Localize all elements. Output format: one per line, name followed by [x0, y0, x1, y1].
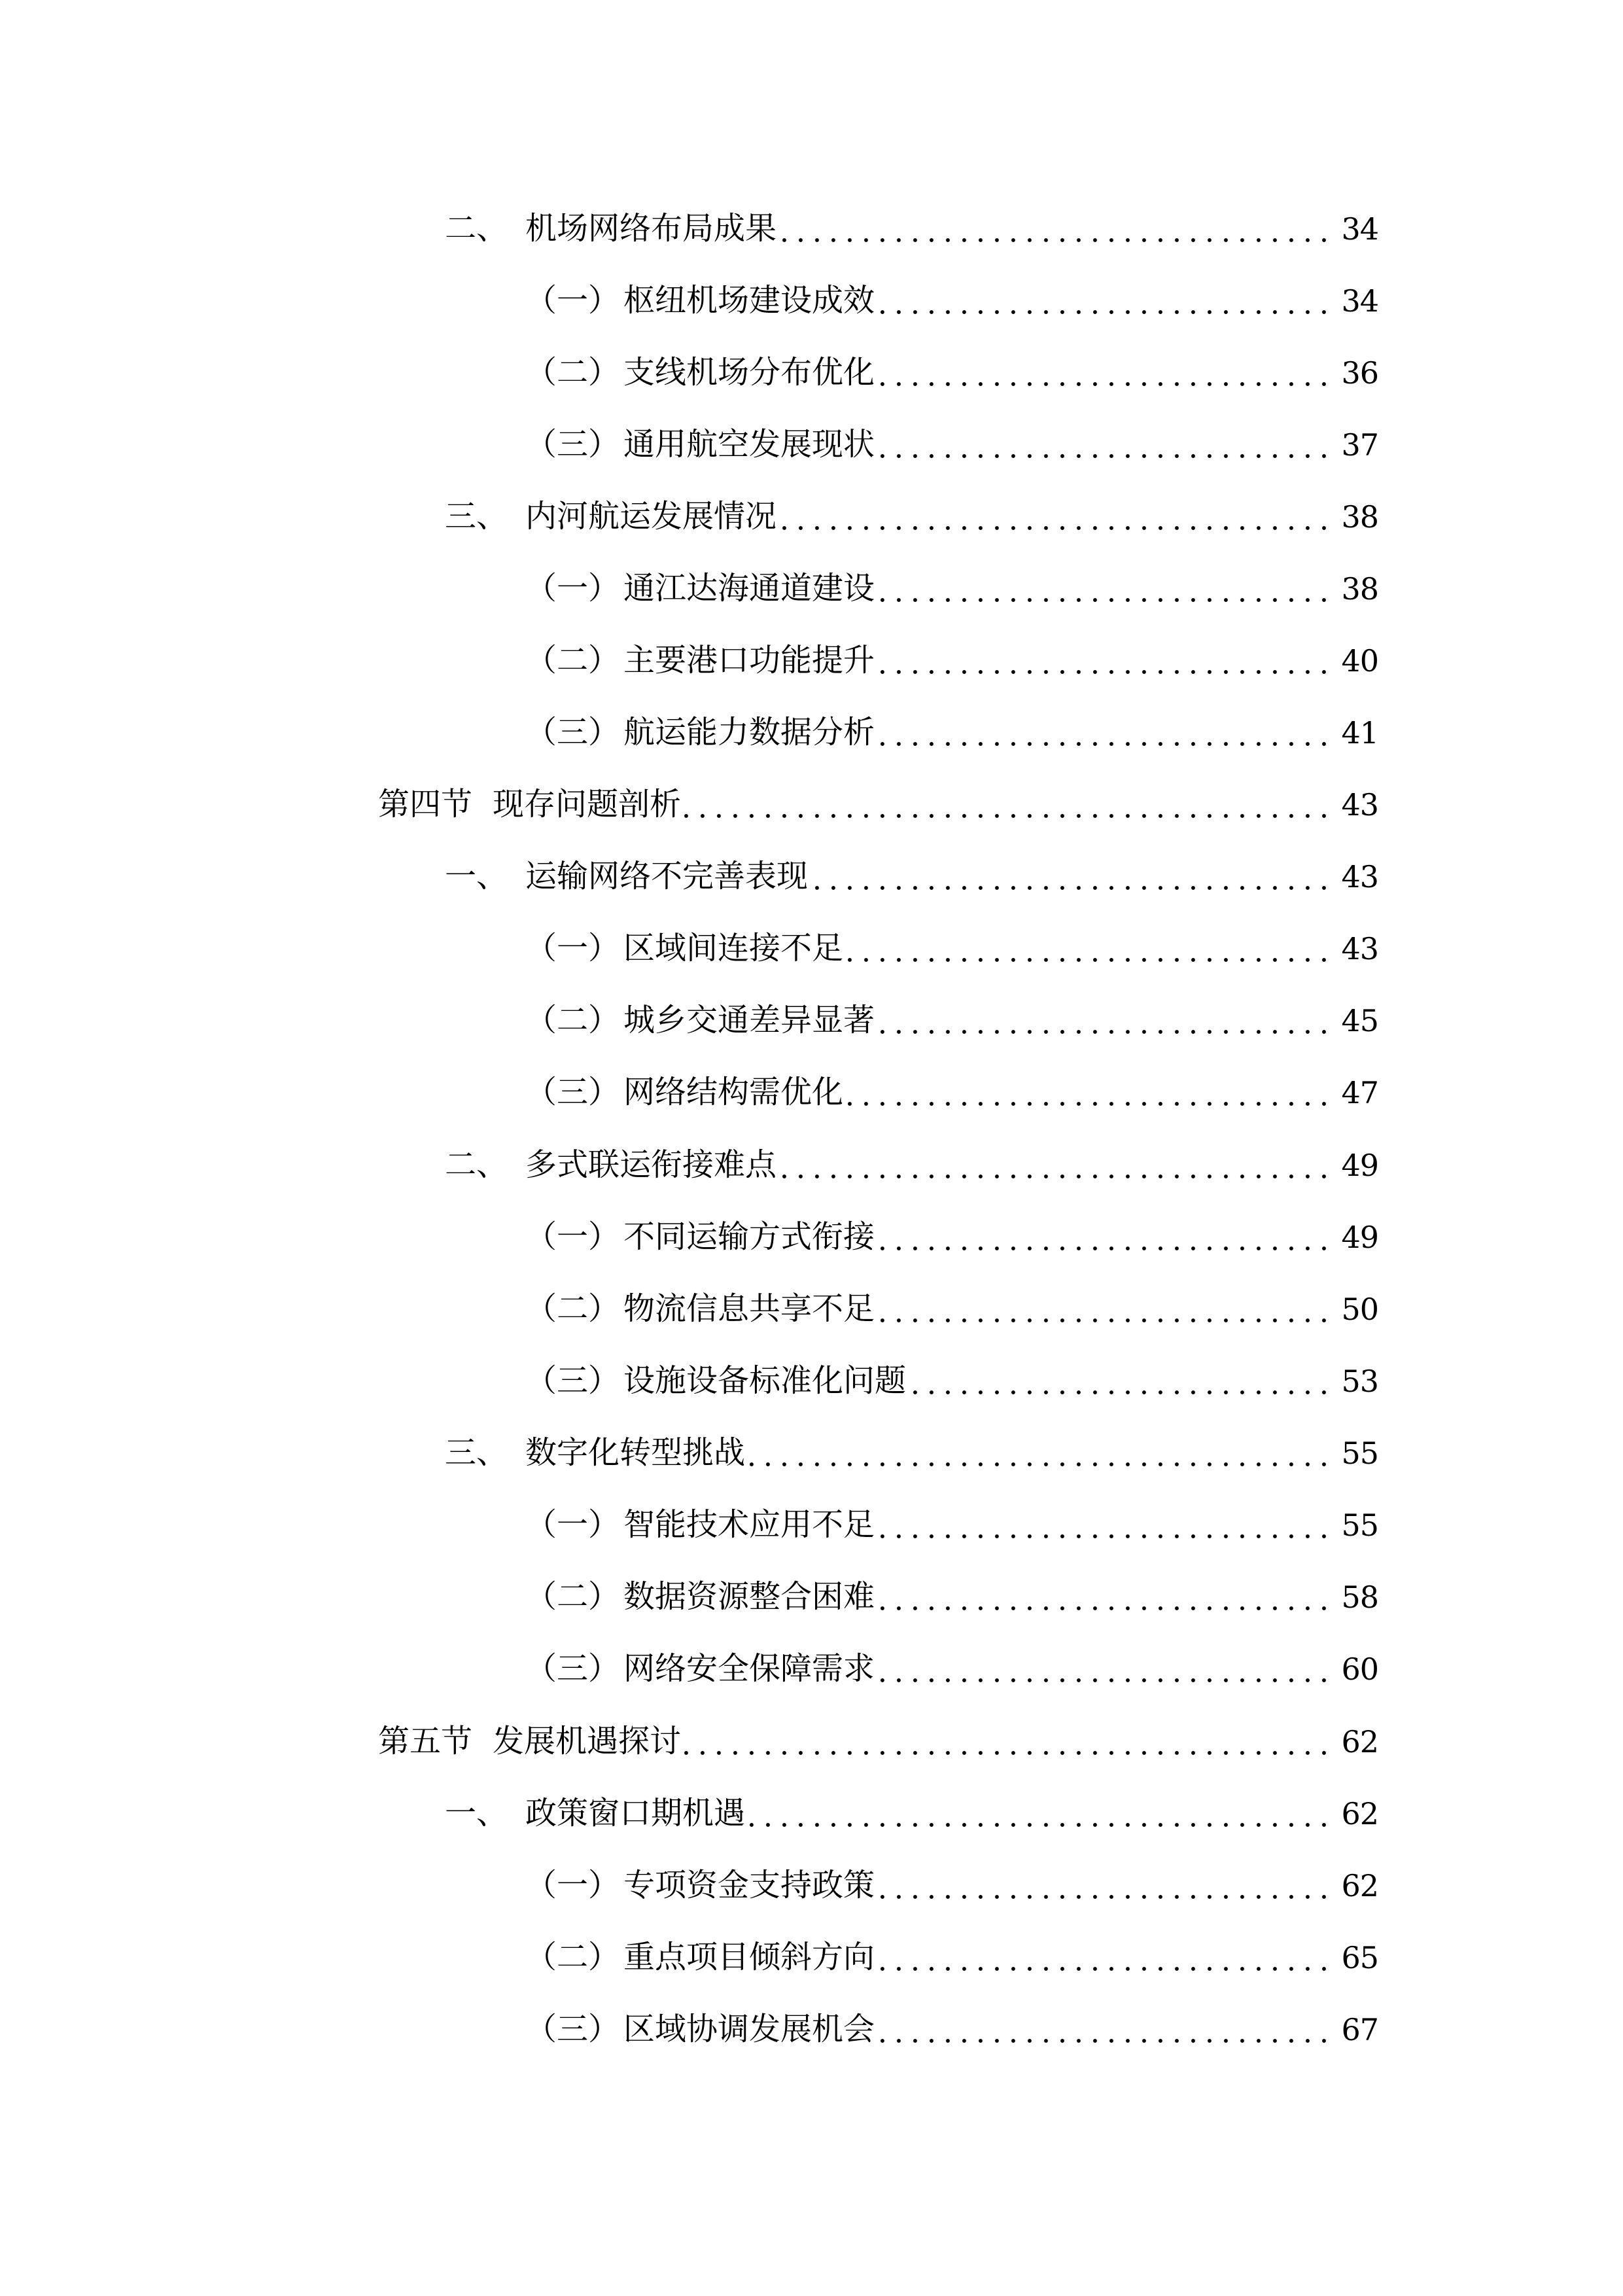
entry-number: （三）: [525, 425, 623, 465]
entry-title: 城乡交通差异显著: [623, 1001, 875, 1040]
entry-number: （二）: [525, 353, 623, 393]
toc-entry[interactable]: （二） 主要港口功能提升 40: [0, 641, 1378, 680]
entry-title: 数字化转型挑战: [525, 1434, 745, 1473]
entry-title: 设施设备标准化问题: [623, 1362, 906, 1401]
dot-leader: [877, 1938, 1332, 1977]
entry-number: （二）: [525, 1938, 623, 1977]
entry-title: 发展机遇探讨: [493, 1722, 681, 1761]
entry-title: 区域协调发展机会: [623, 2010, 875, 2049]
entry-title: 不同运输方式衔接: [623, 1218, 875, 1257]
entry-number: （一）: [525, 569, 623, 609]
entry-number: 三、: [445, 1434, 525, 1473]
entry-page-number: 45: [1341, 1001, 1378, 1040]
entry-page-number: 43: [1341, 929, 1378, 968]
entry-number: （二）: [525, 1001, 623, 1040]
entry-page-number: 49: [1341, 1146, 1378, 1185]
entry-title: 网络结构需优化: [623, 1073, 843, 1112]
dot-leader: [877, 1290, 1332, 1329]
entry-number: 三、: [445, 497, 525, 537]
toc-entry[interactable]: 一、 政策窗口期机遇 62: [0, 1794, 1378, 1833]
toc-entry[interactable]: 二、 机场网络布局成果 34: [0, 209, 1378, 249]
dot-leader: [779, 1146, 1332, 1185]
entry-page-number: 65: [1341, 1938, 1378, 1977]
entry-page-number: 53: [1341, 1362, 1378, 1401]
entry-page-number: 62: [1341, 1866, 1378, 1905]
entry-page-number: 37: [1341, 425, 1378, 465]
dot-leader: [684, 785, 1332, 824]
toc-entry-section[interactable]: 第四节 现存问题剖析 43: [0, 785, 1378, 824]
entry-page-number: 38: [1341, 569, 1378, 609]
entry-number: 一、: [445, 857, 525, 896]
dot-leader: [877, 713, 1332, 752]
entry-page-number: 47: [1341, 1073, 1378, 1112]
table-of-contents: 二、 机场网络布局成果 34 （一） 枢纽机场建设成效 34 （二） 支线机场分…: [0, 0, 1623, 2296]
entry-page-number: 38: [1341, 497, 1378, 537]
dot-leader: [877, 569, 1332, 609]
entry-number: （三）: [525, 1073, 623, 1112]
entry-page-number: 49: [1341, 1218, 1378, 1257]
toc-entry[interactable]: 一、 运输网络不完善表现 43: [0, 857, 1378, 896]
entry-number: 二、: [445, 209, 525, 249]
toc-entry[interactable]: （一） 通江达海通道建设 38: [0, 569, 1378, 609]
dot-leader: [846, 929, 1332, 968]
entry-page-number: 40: [1341, 641, 1378, 680]
entry-title: 通用航空发展现状: [623, 425, 875, 465]
dot-leader: [877, 1001, 1332, 1040]
dot-leader: [877, 1578, 1332, 1617]
dot-leader: [909, 1362, 1332, 1401]
entry-number: （三）: [525, 1362, 623, 1401]
dot-leader: [877, 1866, 1332, 1905]
toc-entry[interactable]: （三） 区域协调发展机会 67: [0, 2010, 1378, 2049]
entry-title: 物流信息共享不足: [623, 1290, 875, 1329]
entry-number: （三）: [525, 2010, 623, 2049]
section-number: 第五节: [378, 1722, 493, 1761]
dot-leader: [748, 1794, 1332, 1833]
entry-page-number: 43: [1341, 785, 1378, 824]
entry-number: （一）: [525, 929, 623, 968]
entry-title: 支线机场分布优化: [623, 353, 875, 393]
dot-leader: [748, 1434, 1332, 1473]
dot-leader: [877, 425, 1332, 465]
toc-entry[interactable]: 三、 数字化转型挑战 55: [0, 1434, 1378, 1473]
entry-title: 机场网络布局成果: [525, 209, 777, 249]
toc-entry[interactable]: （二） 支线机场分布优化 36: [0, 353, 1378, 393]
toc-entry[interactable]: （三） 设施设备标准化问题 53: [0, 1362, 1378, 1401]
entry-title: 专项资金支持政策: [623, 1866, 875, 1905]
toc-entry[interactable]: （二） 物流信息共享不足 50: [0, 1290, 1378, 1329]
entry-number: 一、: [445, 1794, 525, 1833]
dot-leader: [877, 1506, 1332, 1545]
toc-entry[interactable]: （二） 重点项目倾斜方向 65: [0, 1938, 1378, 1977]
entry-number: （一）: [525, 1218, 623, 1257]
dot-leader: [684, 1722, 1332, 1761]
entry-title: 通江达海通道建设: [623, 569, 875, 609]
dot-leader: [846, 1073, 1332, 1112]
toc-entry[interactable]: （一） 不同运输方式衔接 49: [0, 1218, 1378, 1257]
entry-page-number: 55: [1341, 1506, 1378, 1545]
section-number: 第四节: [378, 785, 493, 824]
toc-entry[interactable]: 三、 内河航运发展情况 38: [0, 497, 1378, 537]
dot-leader: [877, 2010, 1332, 2049]
toc-entry[interactable]: （三） 通用航空发展现状 37: [0, 425, 1378, 465]
entry-number: 二、: [445, 1146, 525, 1185]
entry-page-number: 67: [1341, 2010, 1378, 2049]
entry-number: （一）: [525, 1506, 623, 1545]
entry-page-number: 34: [1341, 281, 1378, 321]
toc-entry[interactable]: （一） 枢纽机场建设成效 34: [0, 281, 1378, 321]
toc-entry[interactable]: （二） 城乡交通差异显著 45: [0, 1001, 1378, 1040]
dot-leader: [811, 857, 1332, 896]
entry-page-number: 43: [1341, 857, 1378, 896]
entry-page-number: 41: [1341, 713, 1378, 752]
entry-number: （二）: [525, 1578, 623, 1617]
entry-number: （一）: [525, 281, 623, 321]
dot-leader: [877, 353, 1332, 393]
toc-entry[interactable]: 二、 多式联运衔接难点 49: [0, 1146, 1378, 1185]
entry-page-number: 55: [1341, 1434, 1378, 1473]
toc-entry[interactable]: （三） 航运能力数据分析 41: [0, 713, 1378, 752]
entry-page-number: 62: [1341, 1794, 1378, 1833]
entry-title: 多式联运衔接难点: [525, 1146, 777, 1185]
entry-title: 内河航运发展情况: [525, 497, 777, 537]
dot-leader: [877, 1218, 1332, 1257]
entry-title: 数据资源整合困难: [623, 1578, 875, 1617]
entry-page-number: 34: [1341, 209, 1378, 249]
entry-page-number: 60: [1341, 1650, 1378, 1689]
entry-number: （三）: [525, 713, 623, 752]
toc-entry[interactable]: （一） 区域间连接不足 43: [0, 929, 1378, 968]
toc-entry[interactable]: （二） 数据资源整合困难 58: [0, 1578, 1378, 1617]
toc-entry[interactable]: （三） 网络结构需优化 47: [0, 1073, 1378, 1112]
entry-page-number: 50: [1341, 1290, 1378, 1329]
entry-number: （二）: [525, 641, 623, 680]
entry-title: 区域间连接不足: [623, 929, 843, 968]
entry-title: 网络安全保障需求: [623, 1650, 875, 1689]
entry-number: （二）: [525, 1290, 623, 1329]
dot-leader: [877, 1650, 1332, 1689]
dot-leader: [779, 209, 1332, 249]
entry-title: 航运能力数据分析: [623, 713, 875, 752]
entry-page-number: 58: [1341, 1578, 1378, 1617]
entry-page-number: 36: [1341, 353, 1378, 393]
dot-leader: [877, 281, 1332, 321]
entry-title: 政策窗口期机遇: [525, 1794, 745, 1833]
entry-title: 重点项目倾斜方向: [623, 1938, 875, 1977]
dot-leader: [877, 641, 1332, 680]
dot-leader: [779, 497, 1332, 537]
toc-entry[interactable]: （三） 网络安全保障需求 60: [0, 1650, 1378, 1689]
entry-title: 运输网络不完善表现: [525, 857, 808, 896]
entry-title: 智能技术应用不足: [623, 1506, 875, 1545]
entry-page-number: 62: [1341, 1722, 1378, 1761]
entry-number: （三）: [525, 1650, 623, 1689]
entry-number: （一）: [525, 1866, 623, 1905]
entry-title: 枢纽机场建设成效: [623, 281, 875, 321]
toc-entry[interactable]: （一） 专项资金支持政策 62: [0, 1866, 1378, 1905]
entry-title: 现存问题剖析: [493, 785, 681, 824]
toc-entry[interactable]: （一） 智能技术应用不足 55: [0, 1506, 1378, 1545]
entry-title: 主要港口功能提升: [623, 641, 875, 680]
toc-entry-section[interactable]: 第五节 发展机遇探讨 62: [0, 1722, 1378, 1761]
